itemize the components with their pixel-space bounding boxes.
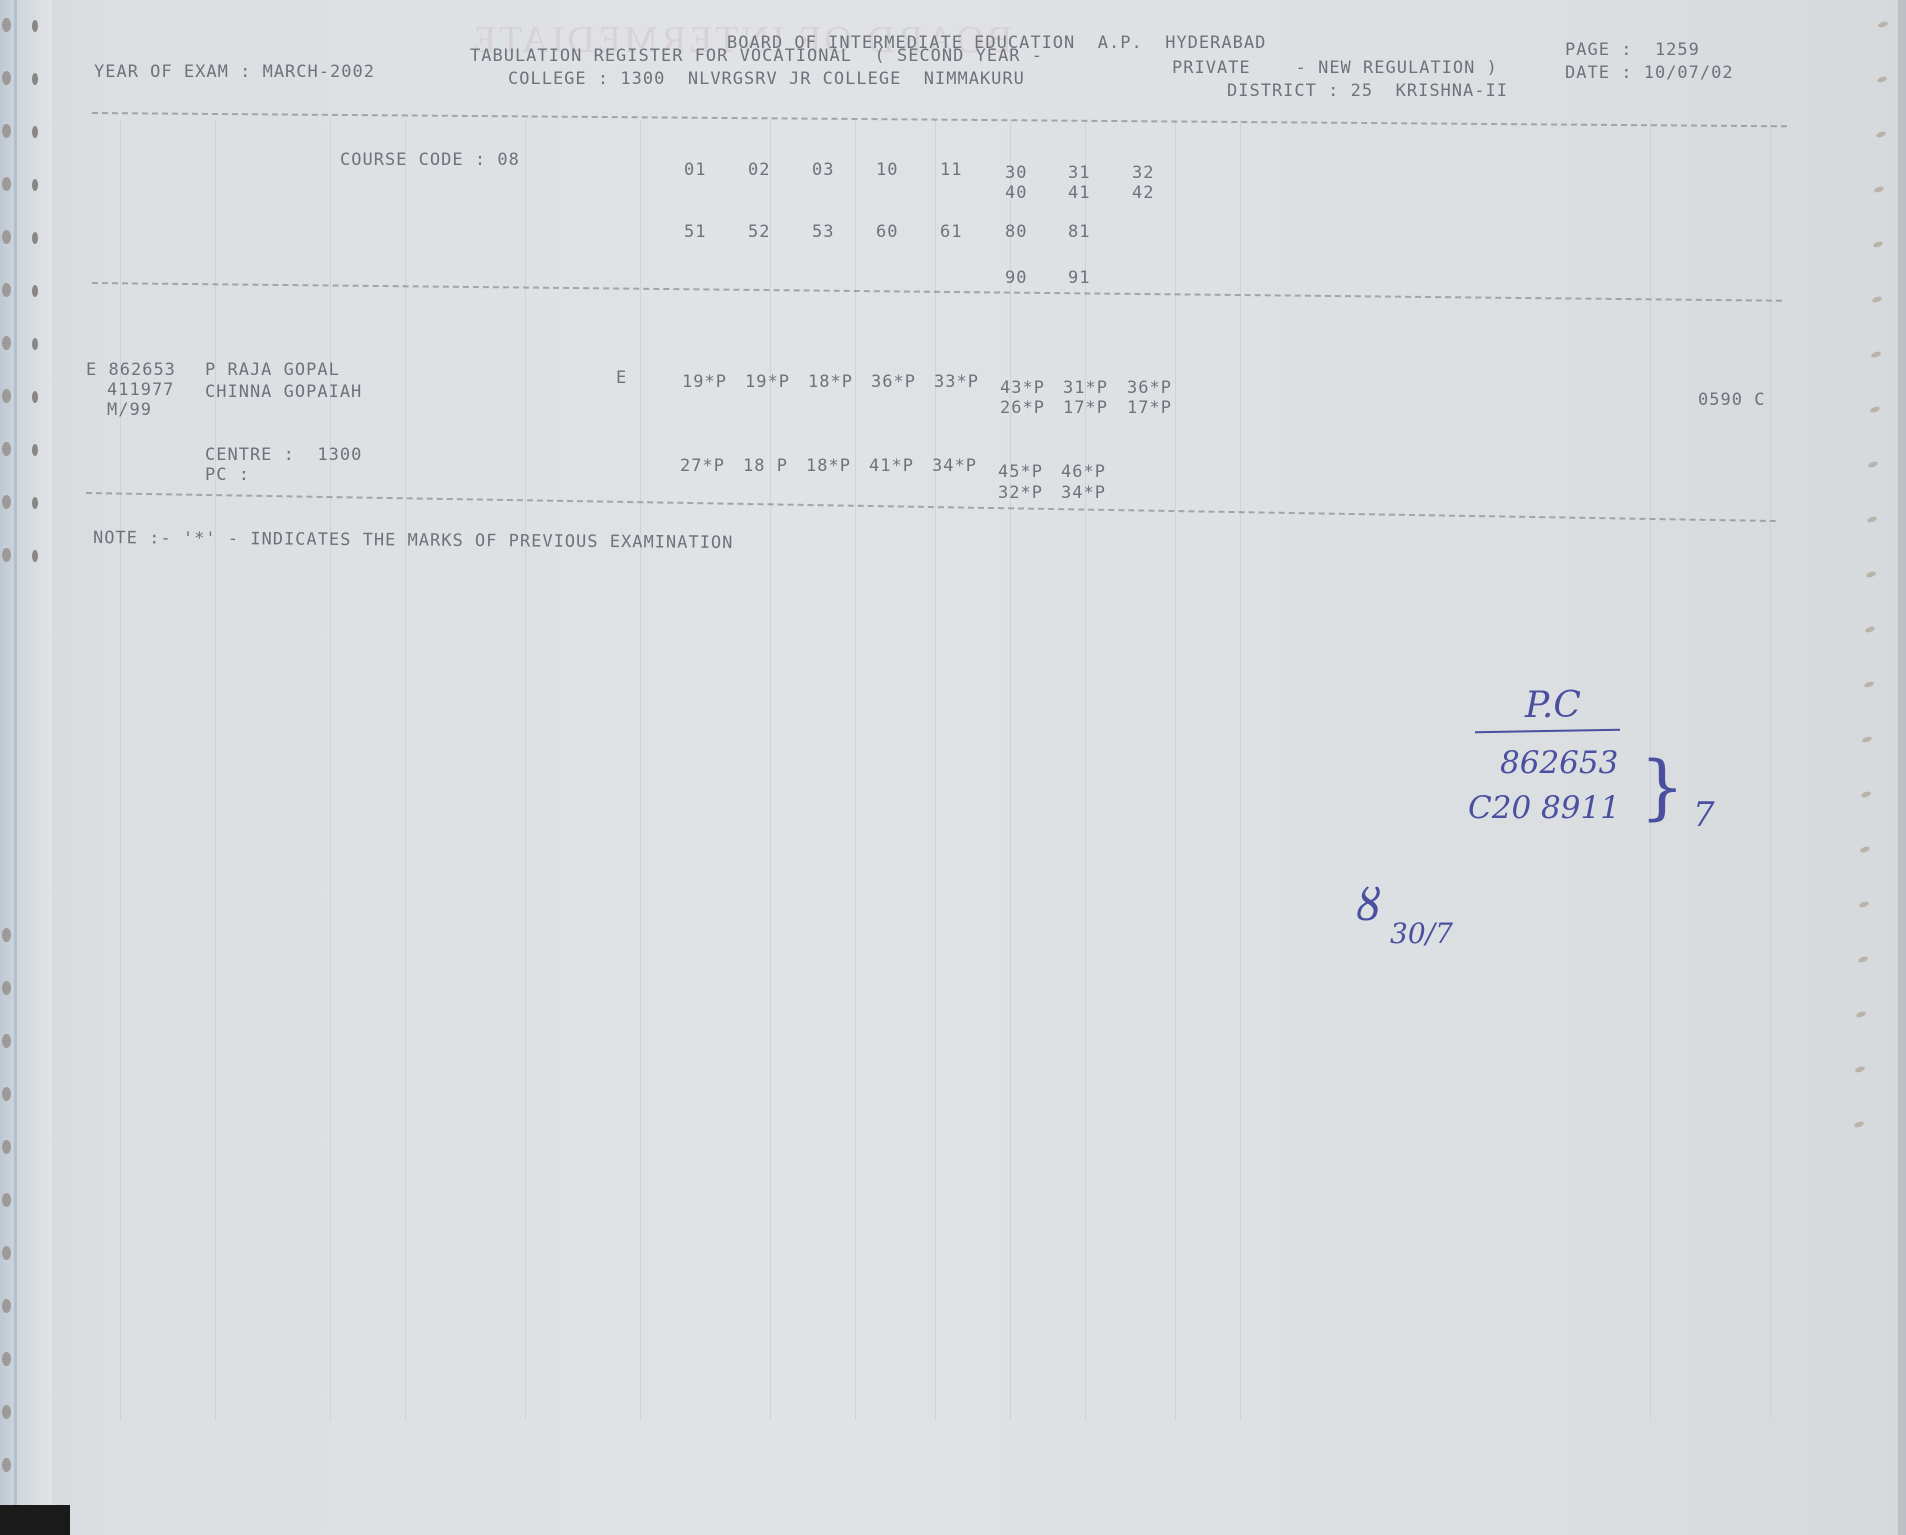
page-corner-shadow xyxy=(0,1505,70,1535)
binder-hole xyxy=(2,981,11,995)
binder-hole xyxy=(32,497,38,509)
subject-mark: 32*P xyxy=(998,483,1043,503)
ruled-column-line xyxy=(770,120,771,1420)
ruled-column-line xyxy=(1770,120,1771,1420)
register-type: PRIVATE - NEW REGULATION ) xyxy=(1172,58,1498,78)
subject-code: 31 xyxy=(1068,163,1090,183)
subject-code: 03 xyxy=(812,160,834,180)
subject-code: 51 xyxy=(684,222,706,242)
candidate-divider xyxy=(86,492,1776,522)
tractor-feed-hole xyxy=(1871,295,1882,303)
subject-mark: 31*P xyxy=(1063,378,1108,398)
handwritten-underline xyxy=(1475,729,1620,734)
candidate-name: P RAJA GOPAL xyxy=(205,360,340,380)
binder-hole xyxy=(2,928,11,942)
centre: CENTRE : 1300 xyxy=(205,445,362,465)
subject-code: 61 xyxy=(940,222,962,242)
ruled-column-line xyxy=(525,120,526,1420)
subject-mark: 33*P xyxy=(934,372,979,392)
subject-mark: 19*P xyxy=(682,372,727,392)
binder-hole xyxy=(2,177,11,191)
year-of-exam: YEAR OF EXAM : MARCH-2002 xyxy=(94,62,375,82)
ruled-column-line xyxy=(1175,120,1176,1420)
tractor-feed-hole xyxy=(1877,20,1888,28)
subject-code: 81 xyxy=(1068,222,1090,242)
subject-code: 10 xyxy=(876,160,898,180)
tractor-feed-hole xyxy=(1862,735,1873,743)
pc-field: PC : xyxy=(205,465,250,485)
binder-hole xyxy=(2,1405,11,1419)
subject-code: 42 xyxy=(1132,183,1154,203)
binder-hole xyxy=(32,338,38,350)
binder-hole xyxy=(2,71,11,85)
tractor-feed-hole xyxy=(1861,790,1872,798)
subject-code: 52 xyxy=(748,222,770,242)
binder-hole xyxy=(2,389,11,403)
handwritten-brace: } xyxy=(1640,752,1685,822)
handwritten-heading: P.C xyxy=(1525,685,1581,726)
binder-hole xyxy=(32,391,38,403)
tractor-feed-hole xyxy=(1856,1010,1867,1018)
tractor-feed-hole xyxy=(1870,350,1881,358)
subject-mark: 19*P xyxy=(745,372,790,392)
handwritten-date: 30/7 xyxy=(1390,917,1453,950)
binder-hole xyxy=(32,20,38,32)
binder-hole xyxy=(32,285,38,297)
ruled-column-line xyxy=(1240,120,1241,1420)
total-marks: 0590 C xyxy=(1698,390,1765,410)
subject-code: 91 xyxy=(1068,268,1090,288)
subject-code: 32 xyxy=(1132,163,1154,183)
tractor-feed-hole xyxy=(1874,185,1885,193)
binder-hole xyxy=(32,444,38,456)
handwritten-number: 862653 xyxy=(1500,745,1618,781)
subject-code: 90 xyxy=(1005,268,1027,288)
ruled-column-line xyxy=(855,120,856,1420)
register-page: BOARD OF INTERMEDIATE BOARD OF INTERMEDI… xyxy=(0,0,1906,1535)
subject-code: 40 xyxy=(1005,183,1027,203)
ruled-column-line xyxy=(405,120,406,1420)
subject-code: 30 xyxy=(1005,163,1027,183)
binder-hole xyxy=(2,124,11,138)
subject-mark: 36*P xyxy=(871,372,916,392)
subject-mark: 36*P xyxy=(1127,378,1172,398)
page-number: PAGE : 1259 xyxy=(1565,40,1700,60)
medium: E xyxy=(616,368,627,388)
father-name: CHINNA GOPAIAH xyxy=(205,382,362,402)
binder-hole xyxy=(32,232,38,244)
tractor-feed-hole xyxy=(1873,240,1884,248)
binder-hole xyxy=(32,550,38,562)
ruled-column-line xyxy=(1085,120,1086,1420)
subject-code: 02 xyxy=(748,160,770,180)
binder-hole xyxy=(2,18,11,32)
subject-mark: 18*P xyxy=(808,372,853,392)
course-divider xyxy=(92,282,1782,302)
binder-hole xyxy=(2,548,11,562)
handwritten-mark: 7 xyxy=(1693,795,1715,835)
subject-code: 41 xyxy=(1068,183,1090,203)
hall-ticket-number: E 862653 xyxy=(86,360,176,380)
handwritten-initials: ȣ xyxy=(1357,880,1381,931)
ruled-column-line xyxy=(120,120,121,1420)
course-code: COURSE CODE : 08 xyxy=(340,150,520,170)
tractor-feed-hole xyxy=(1869,405,1880,413)
tractor-feed-hole xyxy=(1868,460,1879,468)
college-info: COLLEGE : 1300 NLVRGSRV JR COLLEGE NIMMA… xyxy=(508,69,1025,89)
subject-mark: 18*P xyxy=(806,456,851,476)
print-date: DATE : 10/07/02 xyxy=(1565,63,1734,83)
subject-mark: 34*P xyxy=(1061,483,1106,503)
binder-hole xyxy=(2,1087,11,1101)
subject-mark: 46*P xyxy=(1061,462,1106,482)
district-info: DISTRICT : 25 KRISHNA-II xyxy=(1227,81,1508,101)
handwritten-reference: C20 8911 xyxy=(1468,790,1620,826)
binder-hole xyxy=(2,442,11,456)
subject-code: 11 xyxy=(940,160,962,180)
binder-hole xyxy=(2,495,11,509)
ruled-column-line xyxy=(1010,120,1011,1420)
tractor-feed-hole xyxy=(1876,75,1887,83)
tractor-feed-hole xyxy=(1875,130,1886,138)
binder-hole xyxy=(2,1140,11,1154)
subject-mark: 17*P xyxy=(1063,398,1108,418)
subject-mark: 45*P xyxy=(998,462,1043,482)
binding-strip xyxy=(0,0,52,1510)
binder-hole xyxy=(32,126,38,138)
binder-hole xyxy=(2,1458,11,1472)
tractor-feed-hole xyxy=(1853,1120,1864,1128)
tractor-feed-hole xyxy=(1864,625,1875,633)
binder-hole xyxy=(2,1193,11,1207)
header-divider xyxy=(92,112,1787,127)
binder-hole xyxy=(2,1299,11,1313)
binder-hole xyxy=(32,73,38,85)
subject-code: 01 xyxy=(684,160,706,180)
ruled-column-line xyxy=(215,120,216,1420)
subject-code: 60 xyxy=(876,222,898,242)
subject-code: 80 xyxy=(1005,222,1027,242)
ruled-column-line xyxy=(330,120,331,1420)
subject-mark: 27*P xyxy=(680,456,725,476)
subject-mark: 34*P xyxy=(932,456,977,476)
footnote: NOTE :- '*' - INDICATES THE MARKS OF PRE… xyxy=(93,528,734,553)
registration-number: 411977 xyxy=(107,380,174,400)
tractor-feed-hole xyxy=(1858,900,1869,908)
binder-hole xyxy=(32,179,38,191)
ruled-column-line xyxy=(935,120,936,1420)
tractor-feed-hole xyxy=(1863,680,1874,688)
binder-hole xyxy=(2,283,11,297)
tractor-feed-hole xyxy=(1867,515,1878,523)
subject-code: 53 xyxy=(812,222,834,242)
tractor-feed-hole xyxy=(1865,570,1876,578)
binder-hole xyxy=(2,336,11,350)
ruled-column-line xyxy=(640,120,641,1420)
subject-mark: 41*P xyxy=(869,456,914,476)
previous-exam: M/99 xyxy=(107,400,152,420)
subject-mark: 18 P xyxy=(743,456,788,476)
binder-hole xyxy=(2,1352,11,1366)
subject-mark: 43*P xyxy=(1000,378,1045,398)
binder-hole xyxy=(2,1246,11,1260)
page-edge xyxy=(1898,0,1906,1535)
register-title: TABULATION REGISTER FOR VOCATIONAL ( SEC… xyxy=(470,46,1043,66)
binder-hole xyxy=(2,230,11,244)
tractor-feed-hole xyxy=(1859,845,1870,853)
tractor-feed-hole xyxy=(1855,1065,1866,1073)
tractor-feed-hole xyxy=(1857,955,1868,963)
subject-mark: 26*P xyxy=(1000,398,1045,418)
binder-hole xyxy=(2,1034,11,1048)
subject-mark: 17*P xyxy=(1127,398,1172,418)
